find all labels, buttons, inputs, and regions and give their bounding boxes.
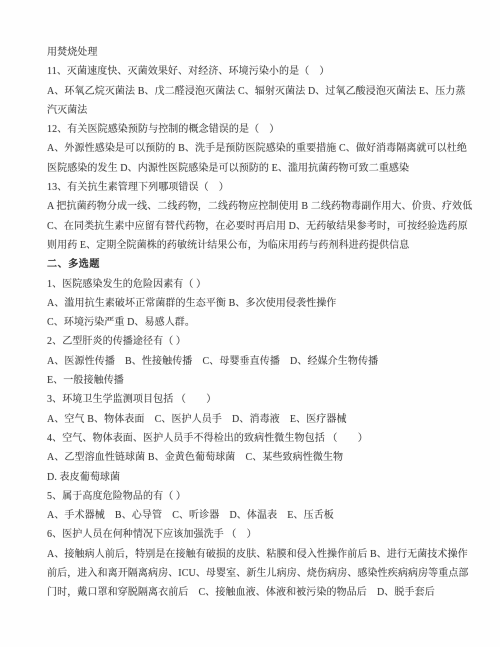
option-continuation-line: 门时，戴口罩和穿脱隔离衣前后 C、接触血液、体液和被污染的物品后 D、脱手套后 xyxy=(47,583,461,602)
continuation-line: 用焚烧处理 xyxy=(47,43,461,62)
question-line-3: 3、环境卫生学监测项目包括 （ ） xyxy=(47,390,461,409)
option-line: A、医源性传播 B、性接触传播 C、母婴垂直传播 D、经媒介生物传播 xyxy=(47,352,461,371)
option-line: C、在同类抗生素中应留有替代药物，在必要时再启用 D、无药敏结果参考时，可按经验… xyxy=(47,217,461,236)
option-line: A、乙型溶血性链球菌 B、金黄色葡萄球菌 C、某些致病性微生物 xyxy=(47,448,461,467)
option-line: A、滥用抗生素破坏正常菌群的生态平衡 B、多次使用侵袭性操作 xyxy=(47,294,461,313)
continuation-line: 汽灭菌法 xyxy=(47,101,461,120)
question-line-13: 13、有关抗生素管理下列哪项错误（ ） xyxy=(47,178,461,197)
section-heading-multiple-choice: 二、多选题 xyxy=(47,255,461,274)
question-line-2: 2、乙型肝炎的传播途径有（ ） xyxy=(47,332,461,351)
page-content: 用焚烧处理 11、灭菌速度快、灭菌效果好、对经济、环境污染小的是（ ） A、环氧… xyxy=(47,43,461,603)
option-line: E、一般接触传播 xyxy=(47,371,461,390)
option-line: A、空气 B、物体表面 C、医护人员手 D、消毒液 E、医疗器械 xyxy=(47,410,461,429)
option-line: A、接触病人前后，特别是在接触有破损的皮肤、粘膜和侵入性操作前后 B、进行无菌技… xyxy=(47,545,461,564)
option-line: A、环氧乙烷灭菌法 B、戊二醛浸泡灭菌法 C、辐射灭菌法 D、过氧乙酸浸泡灭菌法… xyxy=(47,82,461,101)
option-continuation-line: 则用药 E、定期全院菌株的药敏统计结果公布，为临床用药与药剂科进药提供信息 xyxy=(47,236,461,255)
question-line-12: 12、有关医院感染预防与控制的概念错误的是（ ） xyxy=(47,120,461,139)
question-line-6: 6、医护人员在何种情况下应该加强洗手 （ ） xyxy=(47,525,461,544)
question-line-4: 4、空气、物体表面、医护人员手不得检出的致病性微生物包括 （ ） xyxy=(47,429,461,448)
option-continuation-line: 医院感染的发生 D、内源性医院感染是可以预防的 E、滥用抗菌药物可致二重感染 xyxy=(47,159,461,178)
option-line: A、外源性感染是可以预防的 B、洗手是预防医院感染的重要措施 C、做好消毒隔离就… xyxy=(47,139,461,158)
question-line-5: 5、属于高度危险物品的有（ ） xyxy=(47,487,461,506)
exam-page: 用焚烧处理 11、灭菌速度快、灭菌效果好、对经济、环境污染小的是（ ） A、环氧… xyxy=(0,0,500,647)
question-line-1: 1、医院感染发生的危险因素有（ ） xyxy=(47,275,461,294)
option-line: D. 表皮葡萄球菌 xyxy=(47,468,461,487)
option-line: C、环境污染严重 D、易感人群。 xyxy=(47,313,461,332)
option-line: A 把抗菌药物分成一线、二线药物，二线药物应控制使用 B 二线药物毒副作用大、价… xyxy=(47,197,461,216)
option-line: A、手术器械 B、心导管 C、听诊器 D、体温表 E、压舌板 xyxy=(47,506,461,525)
option-continuation-line: 前后，进入和离开隔离病房、ICU、母婴室、新生儿病房、烧伤病房、感染性疾病病房等… xyxy=(47,564,461,583)
question-line-11: 11、灭菌速度快、灭菌效果好、对经济、环境污染小的是（ ） xyxy=(47,62,461,81)
